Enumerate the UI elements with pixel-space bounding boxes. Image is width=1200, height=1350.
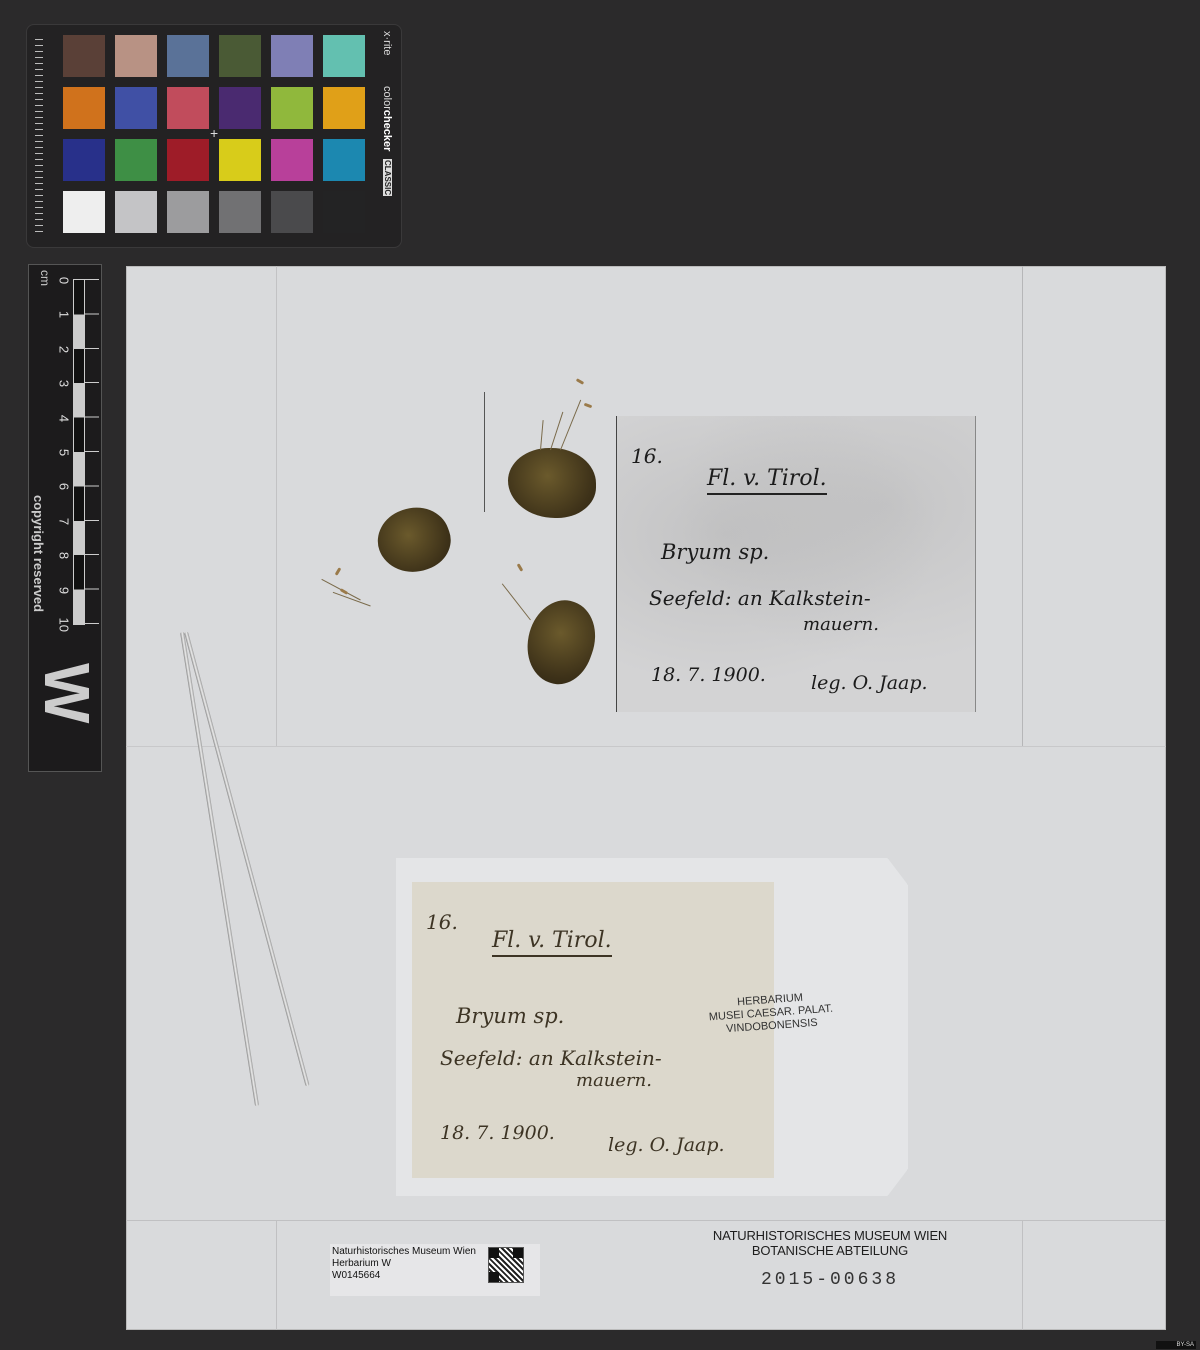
color-patch bbox=[115, 139, 157, 181]
color-patch bbox=[63, 35, 105, 77]
label-title: Fl. v. Tirol. bbox=[492, 928, 612, 957]
label-locality: Seefeld: an Kalkstein- bbox=[440, 1046, 662, 1070]
ruler-number: 8 bbox=[57, 549, 72, 563]
pencil-line bbox=[484, 392, 485, 512]
color-patch bbox=[271, 35, 313, 77]
color-patch bbox=[219, 139, 261, 181]
color-patch bbox=[219, 191, 261, 233]
label-date: 18. 7. 1900. bbox=[651, 664, 766, 686]
edition-badge: CLASSIC bbox=[383, 159, 392, 196]
herbarium-w-logo: W bbox=[33, 663, 97, 723]
color-patch bbox=[219, 35, 261, 77]
label-taxon: Bryum sp. bbox=[456, 1004, 564, 1028]
color-patch bbox=[115, 191, 157, 233]
ruler-number: 10 bbox=[57, 618, 72, 632]
barcode-number: W0145664 bbox=[332, 1270, 476, 1282]
color-checker-card: + x·rite colorchecker CLASSIC bbox=[26, 24, 402, 248]
printed-label-copy: 16. Fl. v. Tirol. Bryum sp. Seefeld: an … bbox=[616, 416, 976, 712]
department-name: BOTANISCHE ABTEILUNG bbox=[690, 1243, 970, 1258]
color-patch bbox=[323, 139, 365, 181]
ruler-unit: cm bbox=[38, 270, 52, 286]
label-date: 18. 7. 1900. bbox=[440, 1122, 555, 1144]
label-number: 16. bbox=[631, 444, 663, 468]
ruler-ticks bbox=[85, 279, 99, 625]
color-patch bbox=[323, 87, 365, 129]
color-patch bbox=[167, 87, 209, 129]
color-patch bbox=[323, 35, 365, 77]
color-patch bbox=[167, 35, 209, 77]
ruler-number: 2 bbox=[57, 342, 72, 356]
checker-tick-scale bbox=[35, 39, 43, 235]
label-title: Fl. v. Tirol. bbox=[707, 466, 827, 495]
ruler-number: 0 bbox=[57, 274, 72, 288]
cc-license-badge: BY-SA bbox=[1156, 1341, 1196, 1349]
ruler-bar bbox=[73, 279, 85, 625]
qr-code-icon bbox=[488, 1247, 524, 1283]
barcode-label: Naturhistorisches Museum Wien Herbarium … bbox=[330, 1244, 540, 1296]
checker-branding: x·rite colorchecker CLASSIC bbox=[373, 31, 393, 241]
color-patch bbox=[63, 87, 105, 129]
color-patch bbox=[63, 191, 105, 233]
fold-line bbox=[276, 1220, 277, 1330]
ruler-number: 3 bbox=[57, 377, 72, 391]
label-taxon: Bryum sp. bbox=[661, 540, 769, 564]
accession-number: 2015-00638 bbox=[690, 1270, 970, 1290]
color-patch bbox=[167, 191, 209, 233]
museum-name: NATURHISTORISCHES MUSEUM WIEN bbox=[690, 1228, 970, 1243]
label-locality-cont: mauern. bbox=[803, 614, 879, 635]
fold-line bbox=[126, 746, 1166, 747]
color-patch bbox=[271, 191, 313, 233]
ruler-number: 7 bbox=[57, 514, 72, 528]
label-collector: leg. O. Jaap. bbox=[608, 1134, 725, 1156]
label-locality: Seefeld: an Kalkstein- bbox=[649, 586, 871, 610]
color-patch bbox=[271, 87, 313, 129]
label-locality-cont: mauern. bbox=[576, 1070, 652, 1091]
herbarium-name: Herbarium W bbox=[332, 1258, 476, 1270]
ruler-number: 1 bbox=[57, 308, 72, 322]
institution-name: Naturhistorisches Museum Wien bbox=[332, 1246, 476, 1258]
label-collector: leg. O. Jaap. bbox=[811, 672, 928, 694]
product-name-bold: checker bbox=[381, 110, 393, 152]
crosshair-icon: + bbox=[210, 125, 218, 141]
label-number: 16. bbox=[426, 910, 458, 934]
color-patch bbox=[167, 139, 209, 181]
ruler-number: 4 bbox=[57, 411, 72, 425]
ruler-number: 6 bbox=[57, 480, 72, 494]
color-patch bbox=[323, 191, 365, 233]
color-patch bbox=[63, 139, 105, 181]
color-patch bbox=[115, 87, 157, 129]
color-patch bbox=[115, 35, 157, 77]
fold-line bbox=[1022, 266, 1023, 746]
ruler-number: 9 bbox=[57, 583, 72, 597]
fold-line bbox=[1022, 1220, 1023, 1330]
ruler-number: 5 bbox=[57, 446, 72, 460]
brand-name: x·rite bbox=[381, 31, 393, 55]
scale-ruler: cm 012345678910 copyright reserved W bbox=[28, 264, 102, 772]
fold-line bbox=[276, 266, 277, 746]
product-name-light: color bbox=[381, 86, 393, 110]
color-patch bbox=[271, 139, 313, 181]
color-patch bbox=[219, 87, 261, 129]
fold-line bbox=[126, 1220, 1166, 1221]
museum-accession-stamp: NATURHISTORISCHES MUSEUM WIEN BOTANISCHE… bbox=[690, 1228, 970, 1290]
